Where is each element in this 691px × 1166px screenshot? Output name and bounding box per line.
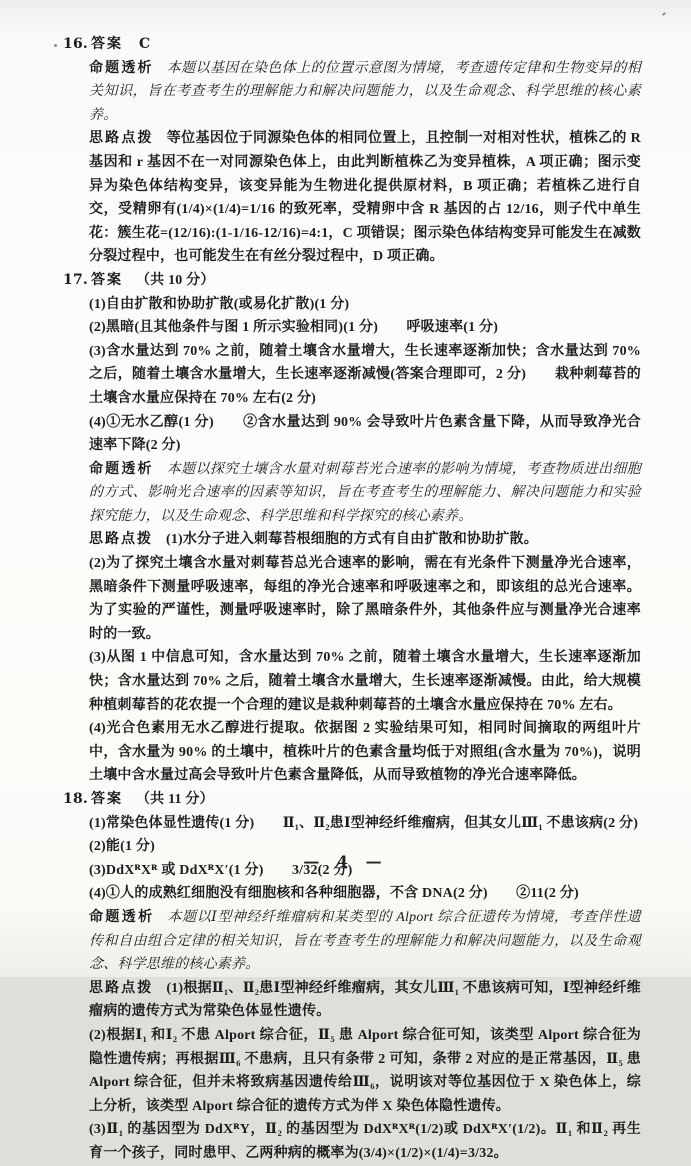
question-16-answer-line: 16.答案C [63, 33, 641, 57]
question-18-answer-item-4: (4)①人的成熟红细胞没有细胞核和各种细胞器，不含 DNA(2 分) ②11(2… [89, 882, 641, 906]
question-17-answer-line: 17.答案（共 10 分） [63, 269, 641, 293]
question-18-block: 18.答案（共 11 分） (1)常染色体显性遗传(1 分) Ⅱ₁、Ⅱ₂患Ⅰ型神… [63, 788, 641, 977]
question-16-hints-text: 等位基因位于同源染色体的相同位置上，且控制一对相对性状，植株乙的 R 基因和 r… [89, 131, 641, 264]
answer-label: 答案 [91, 36, 123, 52]
question-17-score: （共 10 分） [136, 273, 215, 288]
scan-speck [54, 44, 57, 47]
question-18-answer-item-1: (1)常染色体显性遗传(1 分) Ⅱ₁、Ⅱ₂患Ⅰ型神经纤维瘤病，但其女儿Ⅲ₁ 不… [89, 812, 641, 836]
question-18-score: （共 11 分） [136, 792, 214, 807]
question-17-block: 17.答案（共 10 分） (1)自由扩散和协助扩散(或易化扩散)(1 分) (… [63, 269, 641, 788]
question-17-number: 17. [63, 272, 88, 288]
page-number: — 4 — [0, 852, 691, 871]
answer-label: 答案 [91, 791, 123, 807]
question-16-analysis-text: 本题以基因在染色体上的位置示意图为情境，考查遗传定律和生物变异的相关知识，旨在考… [89, 61, 641, 123]
question-18-analysis: 命题透析本题以Ⅰ型神经纤维瘤病和某类型的 Alport 综合征遗传为情境，考查伴… [89, 906, 641, 977]
question-17-answer-item-1: (1)自由扩散和协助扩散(或易化扩散)(1 分) [89, 293, 641, 317]
answer-label: 答案 [91, 272, 123, 288]
scanned-page: 16.答案C 命题透析本题以基因在染色体上的位置示意图为情境，考查遗传定律和生物… [0, 0, 691, 977]
question-17-answer-item-4: (4)①无水乙醇(1 分) ②含水量达到 90% 会导致叶片色素含量下降，从而导… [89, 411, 641, 458]
question-17-hints-item-2: (2)为了探究土壤含水量对刺莓苔总光合速率的影响，需在有光条件下测量净光合速率，… [89, 552, 641, 646]
silu-label: 思路点拨 [89, 130, 154, 146]
question-17-hints-item-4: (4)光合色素用无水乙醇进行提取。依据图 2 实验结果可知，相同时间摘取的两组叶… [89, 717, 641, 788]
question-17-analysis: 命题透析本题以探究土壤含水量对刺莓苔光合速率的影响为情境，考查物质进出细胞的方式… [89, 458, 641, 529]
scan-speck [662, 12, 666, 16]
answer-key-content: 16.答案C 命题透析本题以基因在染色体上的位置示意图为情境，考查遗传定律和生物… [63, 33, 641, 977]
question-17-answer-item-2: (2)黑暗(且其他条件与图 1 所示实验相同)(1 分) 呼吸速率(1 分) [89, 316, 641, 340]
question-16-hints: 思路点拨等位基因位于同源染色体的相同位置上，且控制一对相对性状，植株乙的 R 基… [89, 127, 641, 269]
silu-label: 思路点拨 [89, 531, 153, 547]
mingti-label: 命题透析 [89, 909, 155, 925]
question-16-answer-choice: C [139, 36, 150, 52]
mingti-label: 命题透析 [89, 60, 154, 76]
question-18-answer-line: 18.答案（共 11 分） [63, 788, 641, 812]
question-16-analysis: 命题透析本题以基因在染色体上的位置示意图为情境，考查遗传定律和生物变异的相关知识… [89, 57, 641, 128]
mingti-label: 命题透析 [89, 461, 154, 477]
question-17-hints-item-3: (3)从图 1 中信息可知，含水量达到 70% 之前，随着土壤含水量增大，生长速… [89, 646, 641, 717]
question-17-analysis-text: 本题以探究土壤含水量对刺莓苔光合速率的影响为情境，考查物质进出细胞的方式、影响光… [89, 462, 641, 524]
question-18-analysis-text: 本题以Ⅰ型神经纤维瘤病和某类型的 Alport 综合征遗传为情境，考查伴性遗传和… [89, 910, 641, 972]
question-17-hints-text-1: (1)水分子进入刺莓苔根细胞的方式有自由扩散和协助扩散。 [166, 532, 538, 547]
question-16-block: 16.答案C 命题透析本题以基因在染色体上的位置示意图为情境，考查遗传定律和生物… [63, 33, 641, 269]
question-17-hints-item-1: 思路点拨(1)水分子进入刺莓苔根细胞的方式有自由扩散和协助扩散。 [89, 528, 641, 552]
question-17-answer-item-3: (3)含水量达到 70% 之前，随着土壤含水量增大，生长速率逐渐加快；含水量达到… [89, 340, 641, 411]
question-18-number: 18. [63, 791, 88, 807]
question-16-number: 16. [63, 36, 88, 52]
